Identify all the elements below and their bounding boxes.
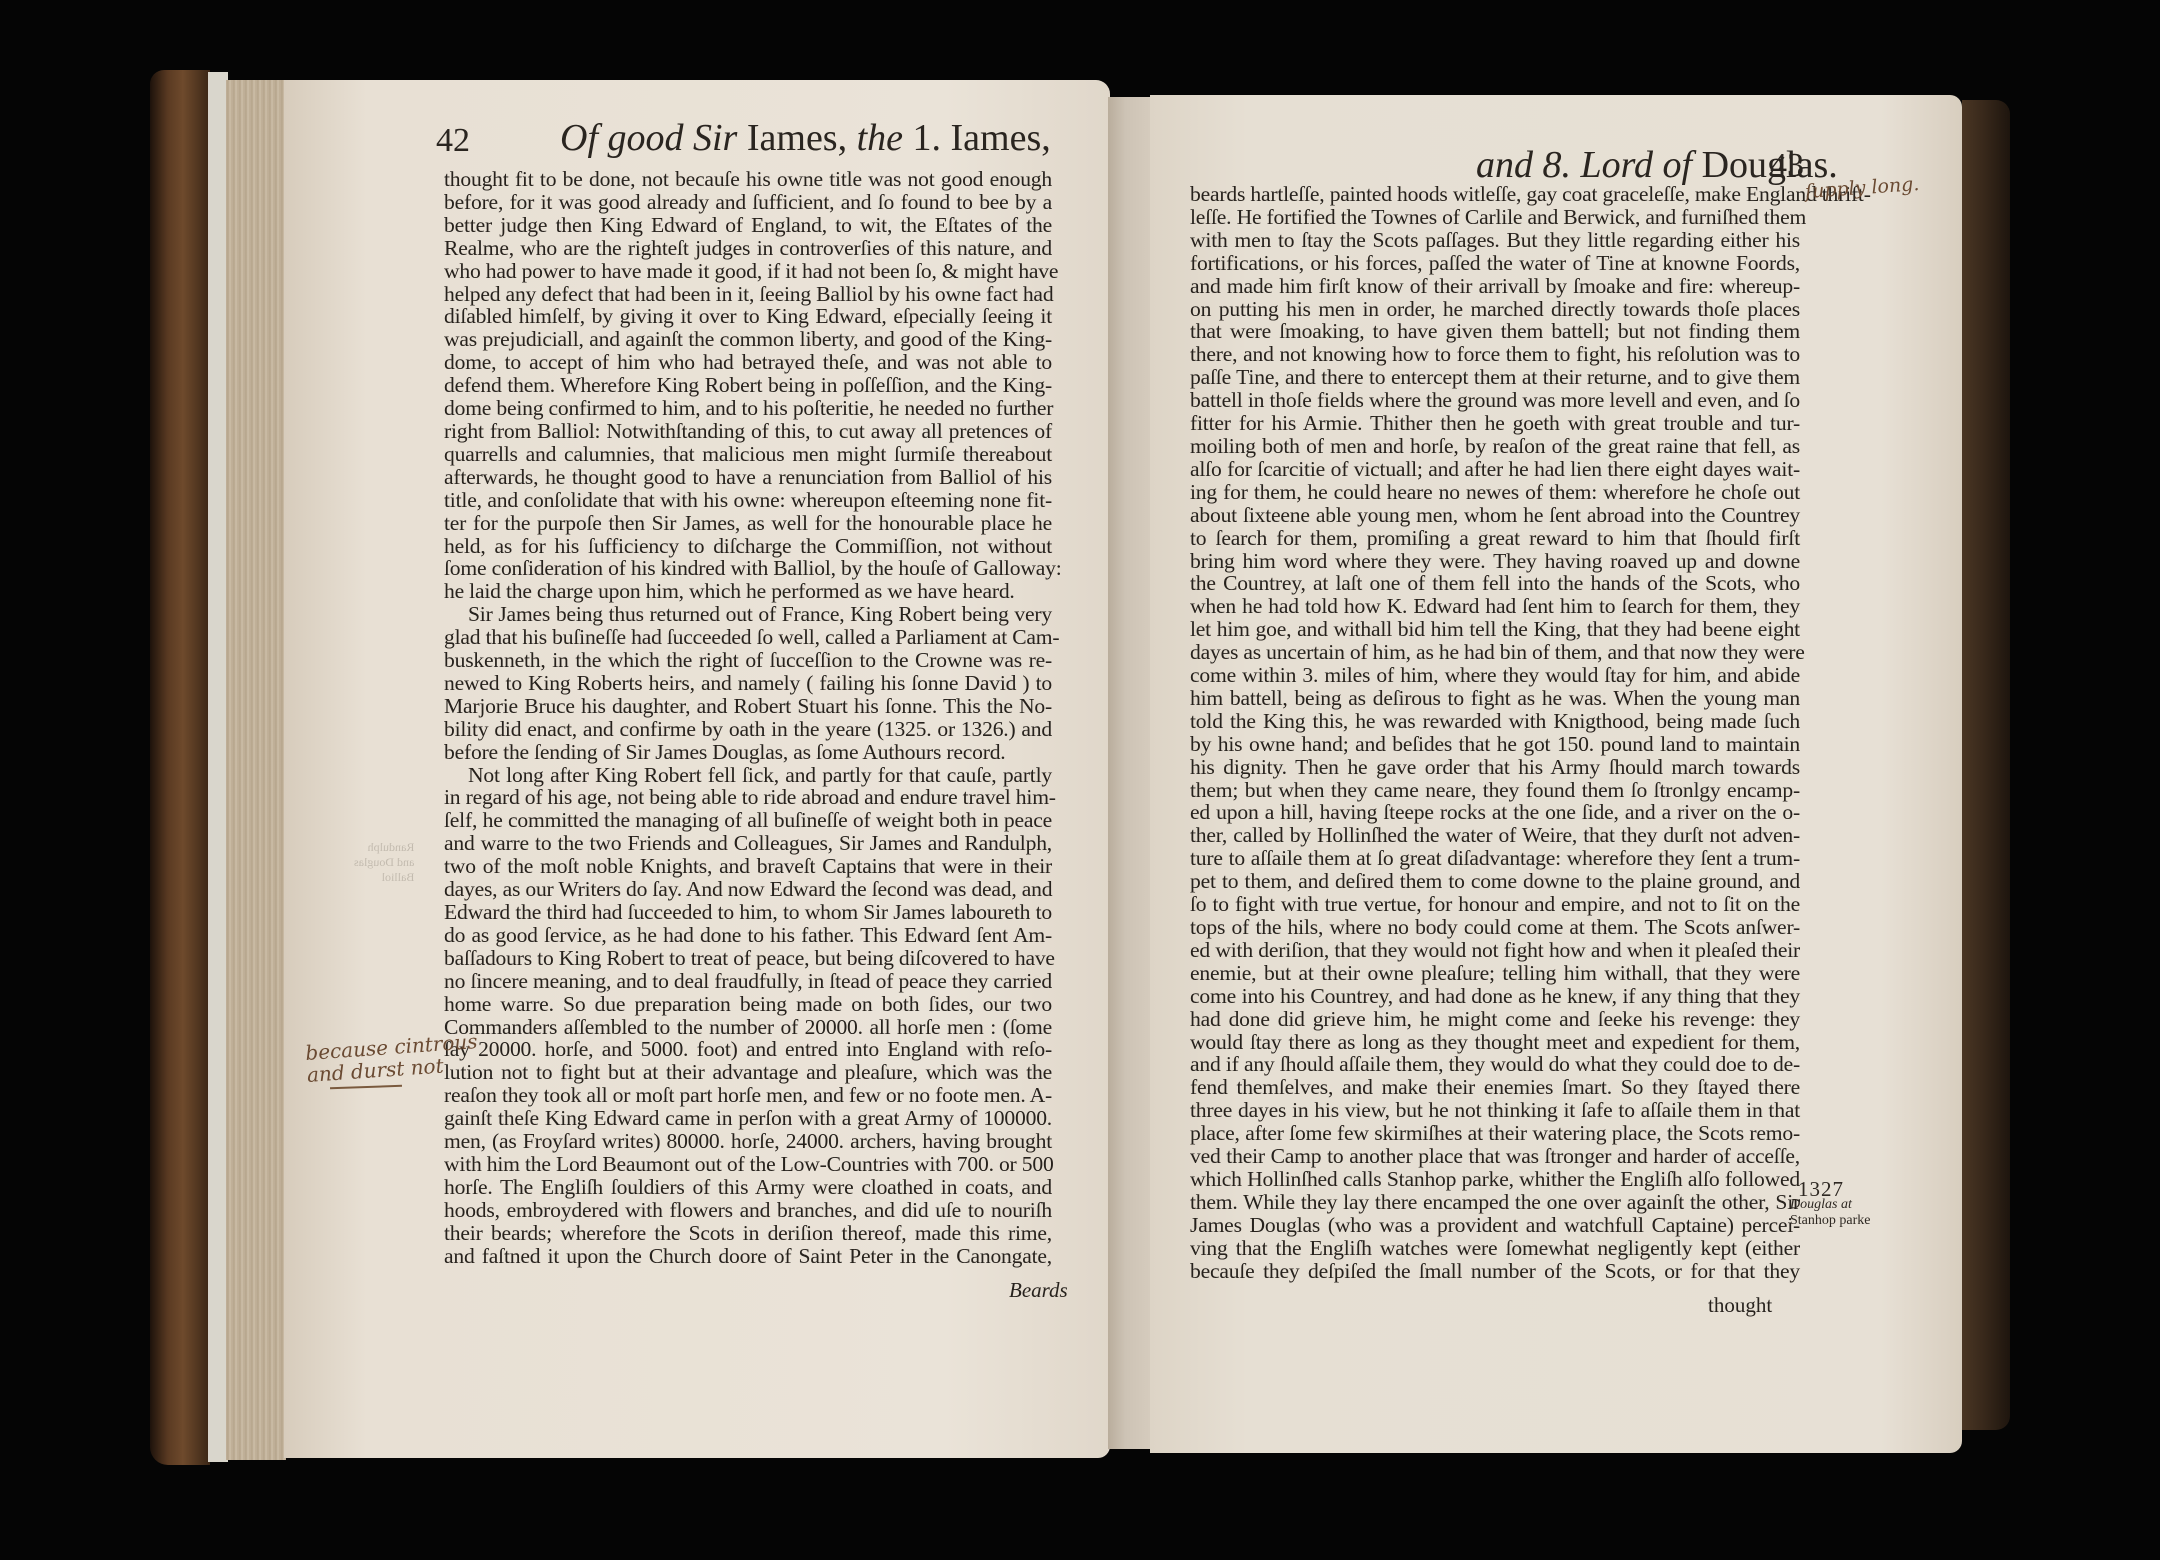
text-line: come into his Countrey, and had done as … (1190, 985, 1800, 1008)
text-line: with him the Lord Beaumont out of the Lo… (444, 1153, 1052, 1176)
text-line: diſabled himſelf, by giving it over to K… (444, 305, 1052, 328)
running-head-italic: Of good Sir (560, 117, 737, 159)
text-line: ed with deriſion, that they would not fi… (1190, 939, 1800, 962)
text-line: held, as for his ſufficiency to diſcharg… (444, 535, 1052, 558)
bleed-through-note: Randulph and Douglas Balliol (354, 840, 414, 885)
text-line: there, and not knowing how to force them… (1190, 343, 1800, 366)
text-line: paſſe Tine, and there to entercept them … (1190, 366, 1800, 389)
text-line: them; but when they came neare, they fou… (1190, 779, 1800, 802)
text-line: tops of the hils, where no body could co… (1190, 916, 1800, 939)
text-line: gainſt theſe King Edward came in perſon … (444, 1107, 1052, 1130)
text-line: enemie, but at their owne pleaſure; tell… (1190, 962, 1800, 985)
page-number: 42 (436, 122, 470, 160)
text-line: and made him firſt know of their arrival… (1190, 275, 1800, 298)
catchword: Beards (1009, 1278, 1068, 1303)
text-line: ed upon a hill, having ſteepe rocks at t… (1190, 801, 1800, 824)
text-line: them. While they lay there encamped the … (1190, 1191, 1800, 1214)
book-cover-right (1962, 100, 2010, 1430)
running-head-italic: the (857, 117, 903, 159)
printed-margin-note: 1327 Douglas at Stanhop parke (1790, 1181, 1870, 1229)
text-line: him battell, being as deſirous to fight … (1190, 687, 1800, 710)
text-line: ſelf, he committed the managing of all b… (444, 809, 1052, 832)
text-line: newed to King Roberts heirs, and namely … (444, 672, 1052, 695)
text-line: to ſearch for them, promiſing a great re… (1190, 527, 1800, 550)
text-line: three dayes in his view, but he not thin… (1190, 1099, 1800, 1122)
text-line: and warre to the two Friends and Colleag… (444, 832, 1052, 855)
text-line: horſe. The Engliſh ſouldiers of this Arm… (444, 1176, 1052, 1199)
text-line: men, (as Froyſard writes) 80000. horſe, … (444, 1130, 1052, 1153)
text-line: thought fit to be done, not becauſe his … (444, 168, 1052, 191)
text-line: let him goe, and withall bid him tell th… (1190, 618, 1800, 641)
right-page: and 8. Lord of Douglas. 43 beards hartle… (1150, 95, 1962, 1453)
text-line: leſſe. He fortified the Townes of Carlil… (1190, 206, 1800, 229)
text-line: glad that his buſineſſe had ſucceeded ſo… (444, 626, 1052, 649)
text-line: ing for them, he could heare no newes of… (1190, 481, 1800, 504)
text-line: do as good ſervice, as he had done to hi… (444, 924, 1052, 947)
text-line: and faſtned it upon the Church doore of … (444, 1245, 1052, 1268)
text-line: ving that the Engliſh watches were ſomew… (1190, 1237, 1800, 1260)
text-line: about ſixteene able young men, whom he ſ… (1190, 504, 1800, 527)
text-line: Sir James being thus returned out of Fra… (444, 603, 1052, 626)
text-line: battell in thoſe fields where the ground… (1190, 389, 1800, 412)
text-line: Not long after King Robert fell ſick, an… (444, 764, 1052, 787)
text-line: dome being confirmed to him, and to his … (444, 397, 1052, 420)
text-line: Marjorie Bruce his daughter, and Robert … (444, 695, 1052, 718)
text-line: home warre. So due preparation being mad… (444, 993, 1052, 1016)
text-line: baſſadours to King Robert to treat of pe… (444, 947, 1052, 970)
book-cover-left (150, 70, 210, 1465)
text-line: in regard of his age, not being able to … (444, 786, 1052, 809)
running-head-roman: 1. Iames, (913, 117, 1051, 159)
margin-note-line: Douglas at (1790, 1197, 1870, 1213)
text-line: James Douglas (who was a provident and w… (1190, 1214, 1800, 1237)
text-line: ſo to fight with true vertue, for honour… (1190, 893, 1800, 916)
text-line: come within 3. miles of him, where they … (1190, 664, 1800, 687)
text-line: fitter for his Armie. Thither then he go… (1190, 412, 1800, 435)
catchword: thought (1708, 1293, 1772, 1318)
text-line: beards hartleſſe, painted hoods witleſſe… (1190, 183, 1800, 206)
page-edges-stack (226, 80, 286, 1460)
text-line: afterwards, he thought good to have a re… (444, 466, 1052, 489)
text-line: buskenneth, in the which the right of ſu… (444, 649, 1052, 672)
text-line: that were ſmoaking, to have given them b… (1190, 320, 1800, 343)
bleed-line: Balliol (354, 870, 414, 885)
text-line: the Countrey, at laſt one of them fell i… (1190, 572, 1800, 595)
text-line: pet to them, and deſired them to come do… (1190, 870, 1800, 893)
handwritten-underline (330, 1085, 402, 1090)
text-line: ſay 20000. horſe, and 5000. foot) and en… (444, 1038, 1052, 1061)
text-line: bility did enact, and confirme by oath i… (444, 718, 1052, 741)
bleed-line: and Douglas (354, 855, 414, 870)
text-line: dome, to accept of him who had betrayed … (444, 351, 1052, 374)
text-line: by his owne hand; and beſides that he go… (1190, 733, 1800, 756)
book-gutter (1108, 97, 1152, 1449)
running-head: Of good Sir Iames, the 1. Iames, (560, 116, 1051, 160)
text-line: bring him word where they were. They hav… (1190, 550, 1800, 573)
text-line: Realme, who are the righteſt judges in c… (444, 237, 1052, 260)
text-line: fortifications, or his forces, paſſed th… (1190, 252, 1800, 275)
text-line: who had power to have made it good, if i… (444, 260, 1052, 283)
margin-note-line: Stanhop parke (1790, 1213, 1870, 1229)
text-line: their beards; wherefore the Scots in der… (444, 1222, 1052, 1245)
text-line: when he had told how K. Edward had ſent … (1190, 595, 1800, 618)
text-line: told the King this, he was rewarded with… (1190, 710, 1800, 733)
text-line: better judge then King Edward of England… (444, 214, 1052, 237)
text-line: hoods, embroydered with flowers and bran… (444, 1199, 1052, 1222)
text-line: reaſon they took all or moſt part horſe … (444, 1084, 1052, 1107)
text-line: no ſincere meaning, and to deal fraudful… (444, 970, 1052, 993)
text-line: dayes as uncertain of him, as he had bin… (1190, 641, 1800, 664)
text-line: right from Balliol: Notwithſtanding of t… (444, 420, 1052, 443)
text-line: defend them. Wherefore King Robert being… (444, 374, 1052, 397)
running-head-roman: Iames, (747, 117, 847, 159)
body-text: thought fit to be done, not becauſe his … (444, 168, 1052, 1268)
text-line: before, for it was good already and ſuff… (444, 191, 1052, 214)
text-line: before the ſending of Sir James Douglas,… (444, 741, 1052, 764)
text-line: moiling both of men and horſe, by reaſon… (1190, 435, 1800, 458)
text-line: on putting his men in order, he marched … (1190, 298, 1800, 321)
text-line: becauſe they deſpiſed the ſmall number o… (1190, 1260, 1800, 1283)
text-line: with men to ſtay the Scots paſſages. But… (1190, 229, 1800, 252)
text-line: was prejudiciall, and againſt the common… (444, 328, 1052, 351)
text-line: Edward the third had ſucceeded to him, t… (444, 901, 1052, 924)
text-line: would ſtay there as long as they thought… (1190, 1031, 1800, 1054)
text-line: quarrells and calumnies, that malicious … (444, 443, 1052, 466)
text-line: fend themſelves, and make their enemies … (1190, 1076, 1800, 1099)
text-line: ſome conſideration of his kindred with B… (444, 557, 1052, 580)
text-line: had done did grieve him, he might come a… (1190, 1008, 1800, 1031)
text-line: lution not to fight but at their advanta… (444, 1061, 1052, 1084)
text-line: his dignity. Then he gave order that his… (1190, 756, 1800, 779)
text-line: ved their Camp to another place that was… (1190, 1145, 1800, 1168)
text-line: two of the moſt noble Knights, and brave… (444, 855, 1052, 878)
body-text: beards hartleſſe, painted hoods witleſſe… (1190, 183, 1800, 1283)
left-page: 42 Of good Sir Iames, the 1. Iames, thou… (284, 80, 1110, 1458)
text-line: ther, called by Hollinſhed the water of … (1190, 824, 1800, 847)
page-number: 43 (1770, 147, 1804, 185)
running-head-italic: and 8. Lord of (1476, 144, 1692, 186)
text-line: ture to aſſaile them at ſo great diſadva… (1190, 847, 1800, 870)
text-line: and if any ſhould aſſaile them, they wou… (1190, 1053, 1800, 1076)
text-line: Commanders aſſembled to the number of 20… (444, 1016, 1052, 1039)
text-line: title, and conſolidate that with his own… (444, 489, 1052, 512)
text-line: which Hollinſhed calls Stanhop parke, wh… (1190, 1168, 1800, 1191)
endpaper-edge (208, 72, 228, 1462)
text-line: place, after ſome few skirmiſhes at thei… (1190, 1122, 1800, 1145)
text-line: dayes, as our Writers do ſay. And now Ed… (444, 878, 1052, 901)
text-line: helped any defect that had been in it, ſ… (444, 283, 1052, 306)
text-line: alſo for ſcarcitie of victuall; and afte… (1190, 458, 1800, 481)
text-line: ter for the purpoſe then Sir James, as w… (444, 512, 1052, 535)
text-line: he laid the charge upon him, which he pe… (444, 580, 1052, 603)
margin-year: 1327 (1798, 1181, 1870, 1197)
bleed-line: Randulph (354, 840, 414, 855)
